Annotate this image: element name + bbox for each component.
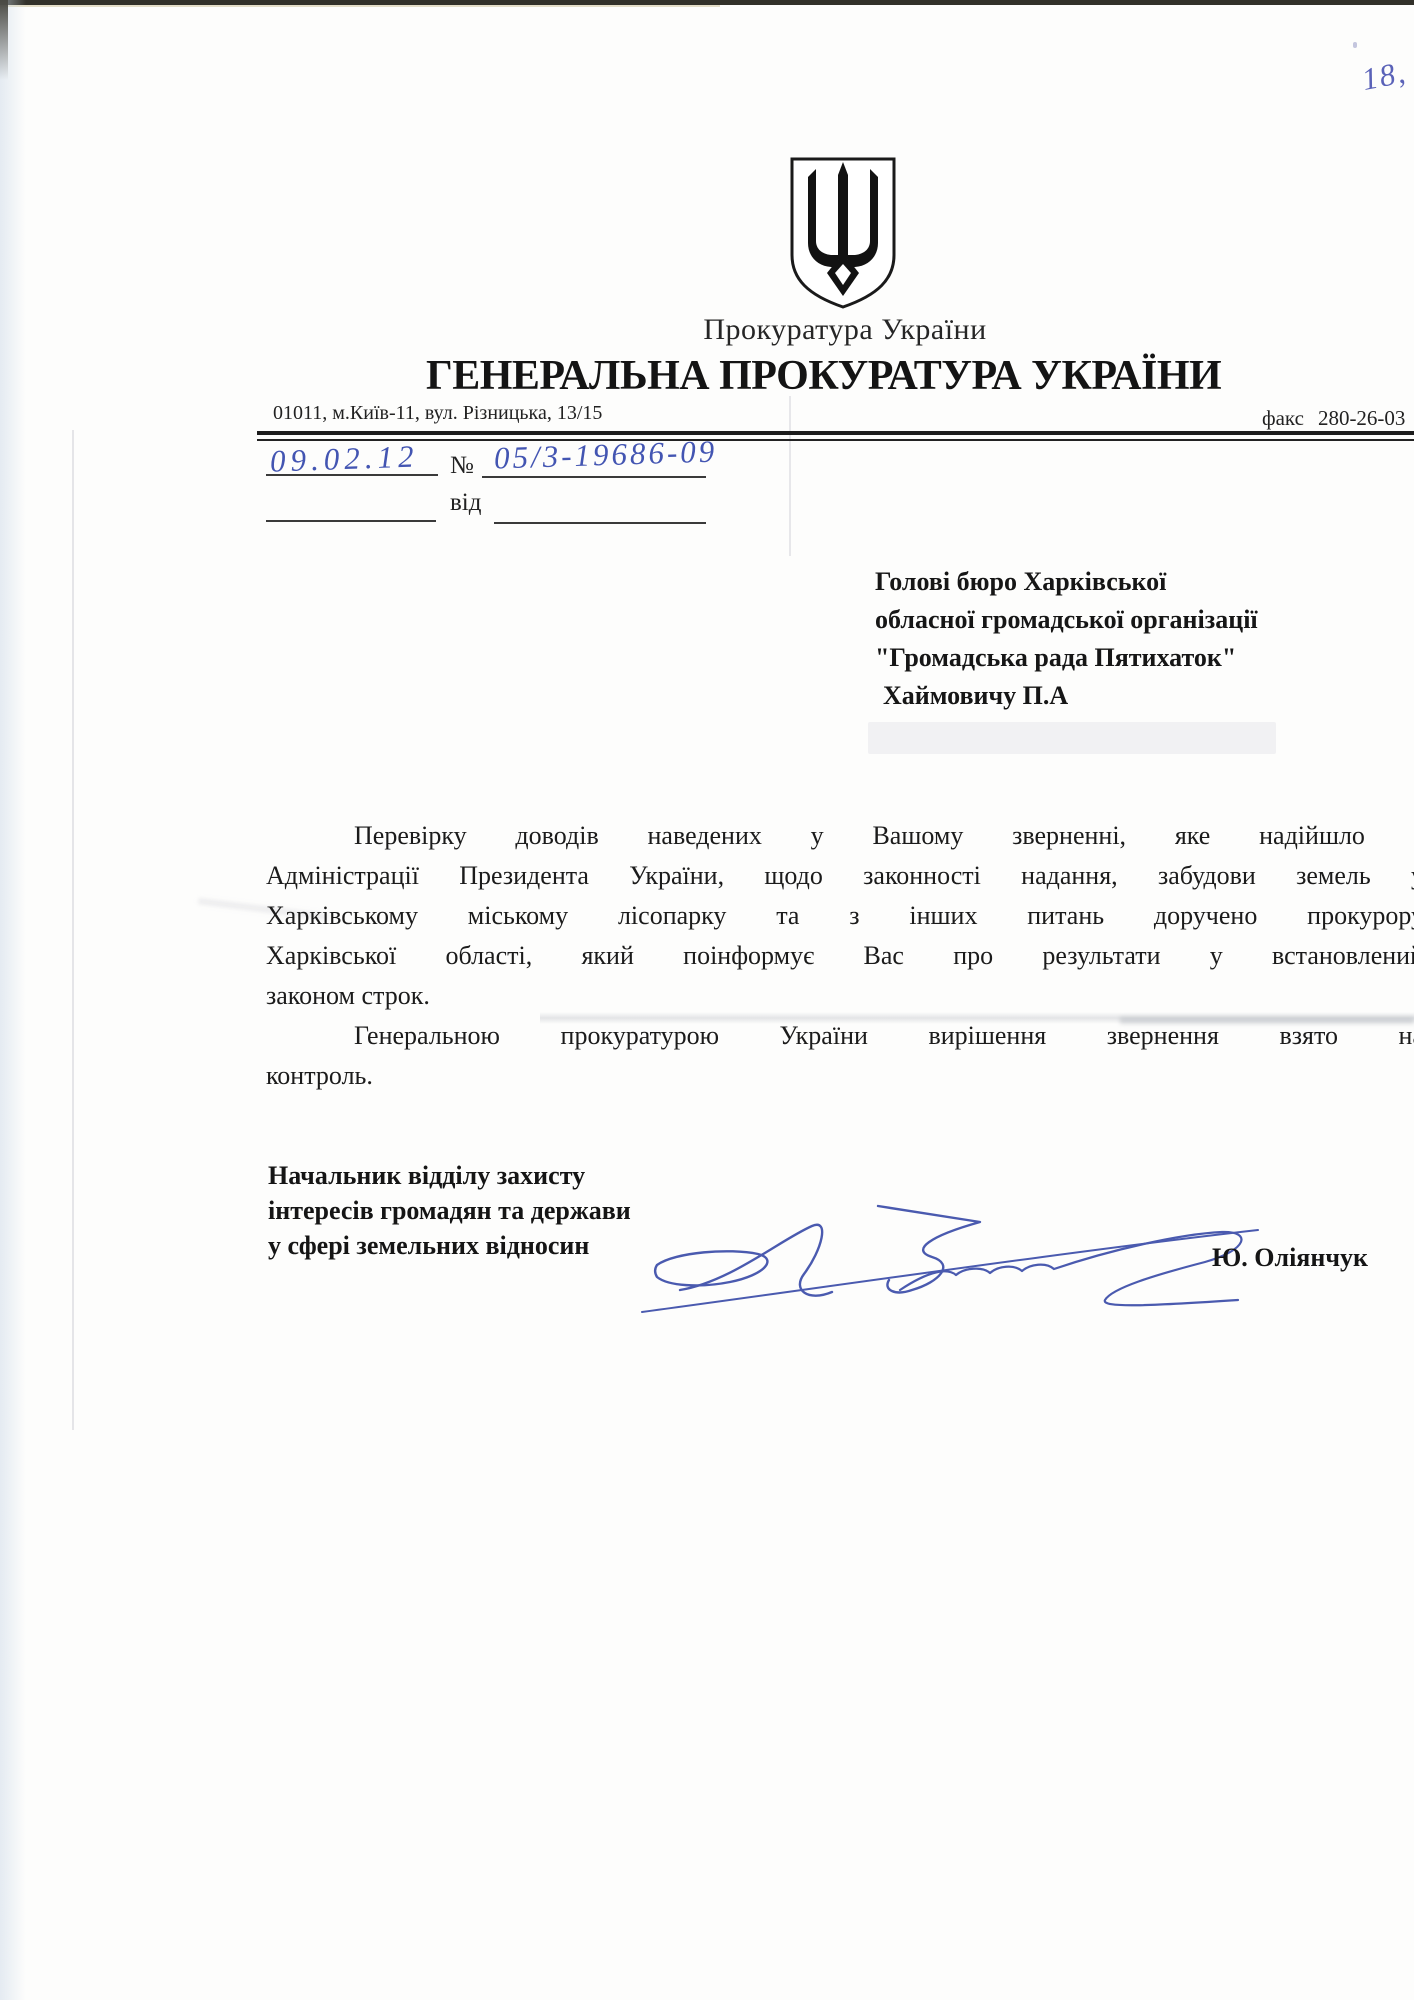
scanned-letter-page: 18, Прокуратура України ГЕНЕРАЛЬНА ПРОКУ… [0, 0, 1414, 2000]
scan-corner-mark [0, 0, 8, 80]
fax-line: факс280-26-03 [1262, 406, 1405, 431]
fax-number: 280-26-03 [1318, 406, 1406, 430]
ukraine-trident-emblem-icon [786, 155, 900, 311]
organization-title: ГЕНЕРАЛЬНА ПРОКУРАТУРА УКРАЇНИ [426, 352, 1326, 400]
handwritten-signature [600, 1170, 1300, 1340]
organization-address: 01011, м.Київ-11, вул. Різницька, 13/15 [273, 402, 602, 425]
body-line: Харківському міському лісопарку та з інш… [266, 896, 1414, 936]
recipient-line: Голові бюро Харківської [875, 563, 1258, 601]
scan-edge-tint [0, 5, 720, 7]
body-line: Адміністрації Президента України, щодо з… [266, 856, 1414, 896]
from-label: від [450, 489, 481, 517]
position-line: інтересів громадян та держави [268, 1193, 631, 1228]
blank-underline [266, 520, 436, 522]
position-line: у сфері земельних відносин [268, 1228, 631, 1263]
blank-underline [266, 474, 438, 476]
letterhead-rule-thin [257, 439, 1414, 441]
blank-underline [482, 476, 706, 478]
emblem-caption: Прокуратура України [640, 313, 1050, 347]
letter-body: Перевірку доводів наведених у Вашому зве… [266, 816, 1414, 1096]
faded-redaction-band [868, 722, 1276, 754]
body-line: контроль. [266, 1056, 1414, 1096]
recipient-line: обласної громадської організації [875, 601, 1258, 639]
body-line: Харківської області, який поінформує Вас… [266, 936, 1414, 976]
letterhead-rule-thick [257, 431, 1414, 435]
fax-label: факс [1262, 406, 1304, 430]
body-line: законом строк. [266, 976, 1414, 1016]
number-sign: № [450, 452, 474, 480]
scan-edge-left-shadow [0, 0, 26, 2000]
body-line: Генеральною прокуратурою України вирішен… [266, 1016, 1414, 1056]
body-line: Перевірку доводів наведених у Вашому зве… [266, 816, 1414, 856]
paper-fold-line [789, 396, 791, 556]
position-line: Начальник відділу захисту [268, 1158, 631, 1193]
handwritten-page-number: 18, [1359, 54, 1410, 98]
ink-speck [1353, 42, 1357, 48]
handwritten-reference-number: 05/3-19686-09 [493, 434, 717, 477]
recipient-block: Голові бюро Харківської обласної громадс… [875, 563, 1258, 715]
recipient-line: Хаймовичу П.А [875, 677, 1258, 715]
signer-name: Ю. Оліянчук [1212, 1243, 1368, 1273]
paper-fold-line [72, 430, 74, 1430]
blank-underline [494, 522, 706, 524]
recipient-line: "Громадська рада Пятихаток" [875, 639, 1258, 677]
signer-position-block: Начальник відділу захисту інтересів гром… [268, 1158, 631, 1263]
